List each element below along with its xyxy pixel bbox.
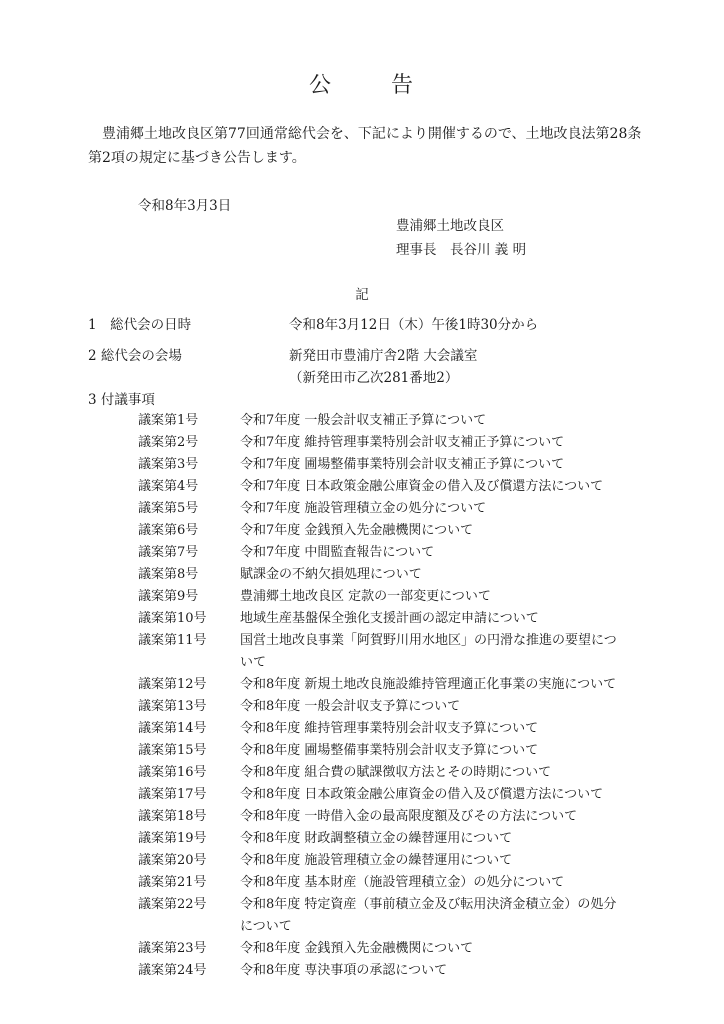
agenda-number: 議案第15号 xyxy=(138,740,240,762)
ki-heading: 記 xyxy=(0,283,724,303)
agenda-item: 議案第7号令和7年度 中間監査報告について xyxy=(138,542,638,564)
agenda-number: 議案第7号 xyxy=(138,542,240,564)
agenda-item: 議案第16号令和8年度 組合費の賦課徴収方法とその時期について xyxy=(138,762,638,784)
agenda-title: 地域生産基盤保全強化支援計画の認定申請について xyxy=(240,608,620,630)
agenda-title: 令和8年度 一般会計収支予算について xyxy=(240,696,620,718)
agenda-item: 議案第13号令和8年度 一般会計収支予算について xyxy=(138,696,638,718)
agenda-title: 令和8年度 新規土地改良施設維持管理適正化事業の実施について xyxy=(240,674,620,696)
agenda-number: 議案第2号 xyxy=(138,432,240,454)
agenda-item: 議案第15号令和8年度 圃場整備事業特別会計収支予算について xyxy=(138,740,638,762)
section-venue-value: 新発田市豊浦庁舎2階 大会議室 xyxy=(289,344,477,364)
agenda-number: 議案第18号 xyxy=(138,806,240,828)
section-venue-address: （新発田市乙次281番地2） xyxy=(289,366,458,386)
section-datetime-label: 1 総代会の日時 xyxy=(88,313,191,333)
page-title: 公告 xyxy=(0,68,724,99)
agenda-item: 議案第6号令和7年度 金銭預入先金融機関について xyxy=(138,520,638,542)
agenda-number: 議案第10号 xyxy=(138,608,240,630)
agenda-title: 賦課金の不納欠損処理について xyxy=(240,564,620,586)
agenda-item: 議案第21号令和8年度 基本財産（施設管理積立金）の処分について xyxy=(138,872,638,894)
agenda-title: 令和8年度 維持管理事業特別会計収支予算について xyxy=(240,718,620,740)
agenda-item: 議案第11号国営土地改良事業「阿賀野川用水地区」の円滑な推進の要望について xyxy=(138,630,638,674)
agenda-item: 議案第3号令和7年度 圃場整備事業特別会計収支補正予算について xyxy=(138,454,638,476)
agenda-number: 議案第12号 xyxy=(138,674,240,696)
agenda-item: 議案第8号賦課金の不納欠損処理について xyxy=(138,564,638,586)
agenda-title: 令和7年度 施設管理積立金の処分について xyxy=(240,498,620,520)
agenda-title: 令和8年度 基本財産（施設管理積立金）の処分について xyxy=(240,872,620,894)
agenda-item: 議案第19号令和8年度 財政調整積立金の繰替運用について xyxy=(138,828,638,850)
agenda-number: 議案第21号 xyxy=(138,872,240,894)
agenda-title: 令和8年度 財政調整積立金の繰替運用について xyxy=(240,828,620,850)
title-char: 告 xyxy=(391,73,415,98)
agenda-number: 議案第6号 xyxy=(138,520,240,542)
agenda-number: 議案第11号 xyxy=(138,630,240,674)
agenda-number: 議案第20号 xyxy=(138,850,240,872)
agenda-item: 議案第10号地域生産基盤保全強化支援計画の認定申請について xyxy=(138,608,638,630)
agenda-item: 議案第17号令和8年度 日本政策金融公庫資金の借入及び償還方法について xyxy=(138,784,638,806)
agenda-item: 議案第2号令和7年度 維持管理事業特別会計収支補正予算について xyxy=(138,432,638,454)
agenda-title: 国営土地改良事業「阿賀野川用水地区」の円滑な推進の要望について xyxy=(240,630,620,674)
agenda-number: 議案第17号 xyxy=(138,784,240,806)
agenda-list: 議案第1号令和7年度 一般会計収支補正予算について議案第2号令和7年度 維持管理… xyxy=(138,410,638,982)
agenda-number: 議案第16号 xyxy=(138,762,240,784)
agenda-item: 議案第9号豊浦郷土地改良区 定款の一部変更について xyxy=(138,586,638,608)
agenda-number: 議案第9号 xyxy=(138,586,240,608)
agenda-title: 令和7年度 圃場整備事業特別会計収支補正予算について xyxy=(240,454,620,476)
agenda-number: 議案第4号 xyxy=(138,476,240,498)
section-agenda-label: 3 付議事項 xyxy=(88,388,155,408)
agenda-item: 議案第4号令和7年度 日本政策金融公庫資金の借入及び償還方法について xyxy=(138,476,638,498)
agenda-title: 令和7年度 金銭預入先金融機関について xyxy=(240,520,620,542)
agenda-number: 議案第24号 xyxy=(138,960,240,982)
agenda-title: 豊浦郷土地改良区 定款の一部変更について xyxy=(240,586,620,608)
agenda-item: 議案第5号令和7年度 施設管理積立金の処分について xyxy=(138,498,638,520)
agenda-item: 議案第18号令和8年度 一時借入金の最高限度額及びその方法について xyxy=(138,806,638,828)
intro-paragraph: 豊浦郷土地改良区第77回通常総代会を、下記により開催するので、土地改良法第28条… xyxy=(88,122,648,170)
agenda-item: 議案第22号令和8年度 特定資産（事前積立金及び転用決済金積立金）の処分について xyxy=(138,894,638,938)
agenda-title: 令和7年度 中間監査報告について xyxy=(240,542,620,564)
agenda-number: 議案第23号 xyxy=(138,938,240,960)
agenda-title: 令和7年度 維持管理事業特別会計収支補正予算について xyxy=(240,432,620,454)
agenda-number: 議案第13号 xyxy=(138,696,240,718)
section-venue-label: 2 総代会の会場 xyxy=(88,344,182,364)
section-datetime-value: 令和8年3月12日（木）午後1時30分から xyxy=(289,313,538,333)
agenda-number: 議案第22号 xyxy=(138,894,240,938)
notice-date: 令和8年3月3日 xyxy=(138,194,231,214)
agenda-number: 議案第14号 xyxy=(138,718,240,740)
issuer-name: 理事長 長谷川 義 明 xyxy=(396,238,526,258)
title-char: 公 xyxy=(309,73,333,98)
agenda-title: 令和8年度 金銭預入先金融機関について xyxy=(240,938,620,960)
agenda-number: 議案第1号 xyxy=(138,410,240,432)
agenda-item: 議案第23号令和8年度 金銭預入先金融機関について xyxy=(138,938,638,960)
agenda-title: 令和8年度 一時借入金の最高限度額及びその方法について xyxy=(240,806,620,828)
agenda-number: 議案第5号 xyxy=(138,498,240,520)
agenda-item: 議案第20号令和8年度 施設管理積立金の繰替運用について xyxy=(138,850,638,872)
agenda-number: 議案第8号 xyxy=(138,564,240,586)
agenda-title: 令和8年度 施設管理積立金の繰替運用について xyxy=(240,850,620,872)
agenda-item: 議案第12号令和8年度 新規土地改良施設維持管理適正化事業の実施について xyxy=(138,674,638,696)
agenda-title: 令和8年度 圃場整備事業特別会計収支予算について xyxy=(240,740,620,762)
agenda-number: 議案第3号 xyxy=(138,454,240,476)
agenda-item: 議案第1号令和7年度 一般会計収支補正予算について xyxy=(138,410,638,432)
agenda-number: 議案第19号 xyxy=(138,828,240,850)
agenda-title: 令和8年度 組合費の賦課徴収方法とその時期について xyxy=(240,762,620,784)
agenda-title: 令和7年度 日本政策金融公庫資金の借入及び償還方法について xyxy=(240,476,620,498)
agenda-title: 令和8年度 特定資産（事前積立金及び転用決済金積立金）の処分について xyxy=(240,894,620,938)
agenda-item: 議案第24号令和8年度 専決事項の承認について xyxy=(138,960,638,982)
agenda-title: 令和8年度 専決事項の承認について xyxy=(240,960,620,982)
agenda-title: 令和7年度 一般会計収支補正予算について xyxy=(240,410,620,432)
agenda-title: 令和8年度 日本政策金融公庫資金の借入及び償還方法について xyxy=(240,784,620,806)
issuer-organization: 豊浦郷土地改良区 xyxy=(396,214,504,234)
agenda-item: 議案第14号令和8年度 維持管理事業特別会計収支予算について xyxy=(138,718,638,740)
